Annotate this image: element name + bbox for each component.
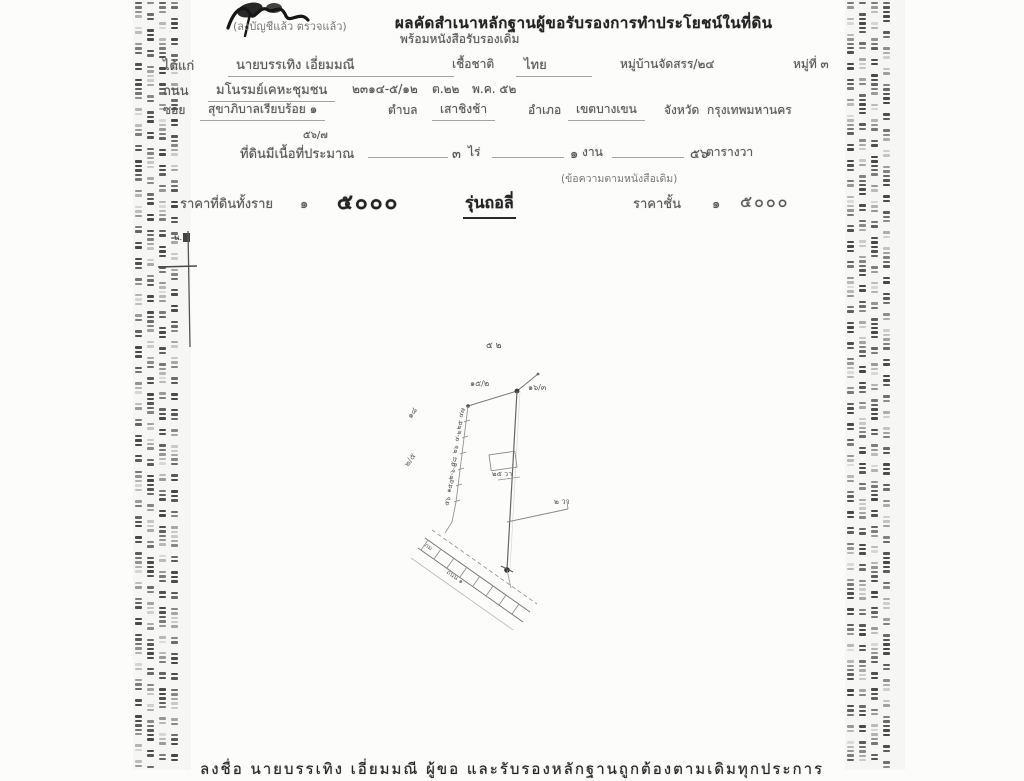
margin-mark-blob xyxy=(183,233,190,242)
field-label-amphoe: อำเภอ xyxy=(528,101,561,120)
reference-number: ๒๓๑๔-๕/๑๒ xyxy=(352,80,418,99)
right-measure-label: ๒ วา xyxy=(554,497,570,506)
area-note: (ข้อความตามหนังสือเดิม) xyxy=(561,170,677,187)
fill-dash xyxy=(612,157,684,158)
price-amount-2: ๕๐๐๐ xyxy=(740,190,789,215)
fill-dash xyxy=(368,157,448,158)
fill-dash xyxy=(492,157,564,158)
area-ngan-unit: งาน xyxy=(582,143,603,162)
scanned-document-page: (ลงบัญชีแล้ว ตรวจแล้ว) ผลคัดสำเนาหลักฐาน… xyxy=(0,0,1024,768)
decorative-border-right xyxy=(845,0,905,768)
price-middle-note: รุ่นถอลี่ xyxy=(463,191,516,219)
area-wa-unit: ตารางวา xyxy=(706,143,753,162)
chain-measure: ๑๕๕ xyxy=(444,478,456,494)
chain-measure: ๕๖ xyxy=(442,496,452,507)
road-label-2: ถนน ๑ xyxy=(445,568,465,585)
chain-measure: ๒๕ xyxy=(454,419,464,430)
document-subtitle: พร้อมหนังสือรับรองเดิม xyxy=(400,30,519,49)
margin-mark-label: น. xyxy=(174,233,182,242)
neighbor-upper-label: ๑๘ xyxy=(405,406,419,420)
price-amount: ๕๐๐๐ xyxy=(337,186,399,219)
field-label-road: ถนน xyxy=(163,80,189,101)
area-ngan-value: ๑ xyxy=(570,143,578,164)
owner-name-value: นายบรรเทิง เอี่ยมมณี xyxy=(228,54,454,77)
plot-box-label: ๒๕ วา xyxy=(492,470,512,478)
field-label-tambon: ตำบล xyxy=(388,101,418,120)
chain-measure: ๔-๒ xyxy=(452,429,463,442)
race-value: ไทย xyxy=(516,54,592,77)
stamp-caption: (ลงบัญชีแล้ว ตรวจแล้ว) xyxy=(233,17,347,35)
margin-survey-line: น. xyxy=(150,225,210,355)
field-label-recipient: ได้แก่ xyxy=(163,55,194,76)
price-baht-sign-2: ๑ xyxy=(712,193,720,214)
price-label-2: ราคาชั้น xyxy=(633,193,681,214)
field-label-province: จังหวัด xyxy=(664,101,699,120)
reference-date: พ.ค. ๕๒ xyxy=(472,80,516,99)
neighbor-lower-label: ๒/๕ xyxy=(402,451,417,468)
field-label-soi: ซอย xyxy=(163,101,185,120)
tambon-value: เสาชิงช้า xyxy=(432,100,495,121)
road-value: มโนรมย์เคหะชุมชน xyxy=(208,79,335,102)
amphoe-value: เขตบางเขน xyxy=(568,100,645,121)
area-rai-unit: ไร่ xyxy=(468,143,480,162)
soi-value: สุขาภิบาลเรียบร้อย ๑ xyxy=(200,100,325,121)
province-value: กรุงเทพมหานคร xyxy=(707,101,792,120)
price-baht-sign: ๑ xyxy=(300,193,308,214)
price-label: ราคาที่ดินทั้งราย xyxy=(180,193,273,214)
land-survey-sketch: ๕ ๒ ๑๕/๒ ๑๖/๓ ๔๗ ๒๕ ๔-๒ ๒๖ ๕๘ ๒-๖-๒ ๑๕๕ … xyxy=(380,330,680,630)
sketch-top-label: ๕ ๒ xyxy=(486,341,502,351)
corner-left-label: ๑๕/๒ xyxy=(470,379,489,388)
area-reference-note: ๕๖/๗ xyxy=(303,128,328,143)
village-value: หมู่บ้านจัดสรร/๒๔ xyxy=(620,55,714,74)
bottom-partial-line: ลงชื่อ นายบรรเทิง เอี่ยมมณี ผู้ขอ และรับ… xyxy=(200,757,845,768)
area-rai-value: ๓ xyxy=(452,143,461,164)
chain-measure: ๒๖ xyxy=(450,444,460,454)
corner-right-label: ๑๖/๓ xyxy=(528,383,547,392)
field-label-race: เชื้อชาติ xyxy=(452,55,494,74)
moo-value: หมู่ที่ ๓ xyxy=(793,55,829,74)
area-label: ที่ดินมีเนื้อที่ประมาณ xyxy=(240,143,354,164)
reference-extra: ต.๒๒ xyxy=(432,80,459,99)
chain-measure: ๔๗ xyxy=(456,407,467,419)
